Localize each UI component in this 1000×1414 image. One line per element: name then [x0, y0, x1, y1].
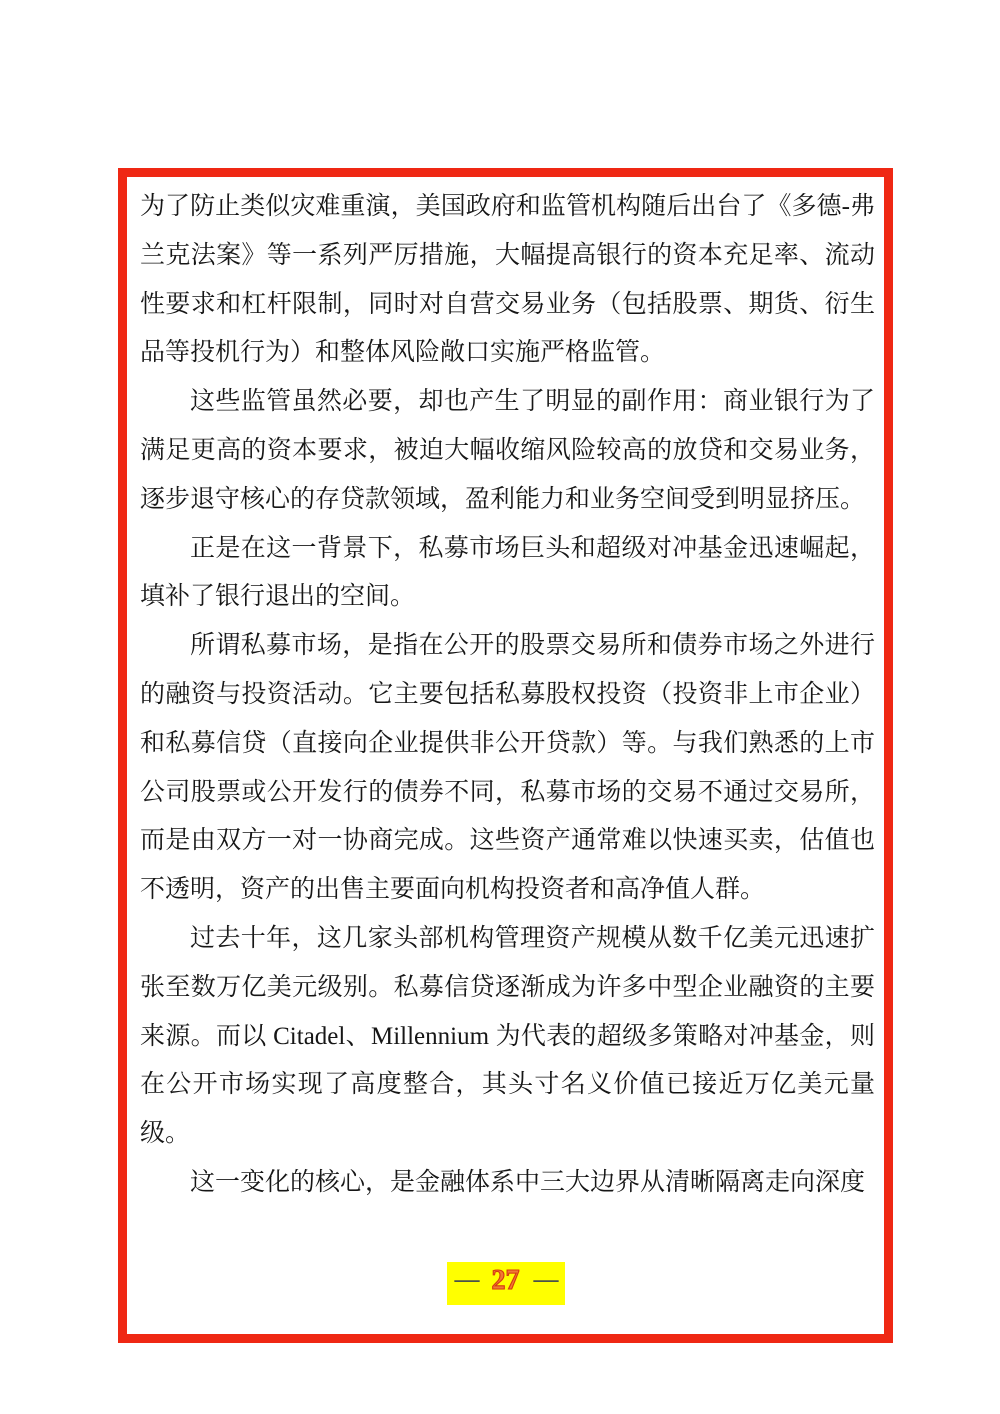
paragraph-private-funds-rise: 正是在这一背景下，私募市场巨头和超级对冲基金迅速崛起，填补了银行退出的空间。 [140, 525, 875, 623]
paragraph-regulation-side-effects: 这些监管虽然必要，却也产生了明显的副作用：商业银行为了满足更高的资本要求，被迫大… [140, 378, 875, 524]
page-footer: — 27 — [127, 1262, 884, 1305]
paragraph-three-boundaries: 这一变化的核心，是金融体系中三大边界从清晰隔离走向深度 [140, 1159, 875, 1208]
page-number-dash-left: — [455, 1266, 478, 1293]
document-body: 为了防止类似灾难重演，美国政府和监管机构随后出台了《多德-弗兰克法案》等一系列严… [140, 183, 875, 1208]
paragraph-decade-growth: 过去十年，这几家头部机构管理资产规模从数千亿美元迅速扩张至数万亿美元级别。私募信… [140, 915, 875, 1159]
page-number-dash-right: — [534, 1266, 557, 1293]
page-border-frame: 为了防止类似灾难重演，美国政府和监管机构随后出台了《多德-弗兰克法案》等一系列严… [118, 168, 893, 1343]
paragraph-private-market-definition: 所谓私募市场，是指在公开的股票交易所和债券市场之外进行的融资与投资活动。它主要包… [140, 622, 875, 915]
paragraph-dodd-frank: 为了防止类似灾难重演，美国政府和监管机构随后出台了《多德-弗兰克法案》等一系列严… [140, 183, 875, 378]
document-page: 为了防止类似灾难重演，美国政府和监管机构随后出台了《多德-弗兰克法案》等一系列严… [0, 0, 1000, 1414]
page-number: 27 [492, 1265, 520, 1296]
page-number-badge: — 27 — [447, 1262, 565, 1305]
